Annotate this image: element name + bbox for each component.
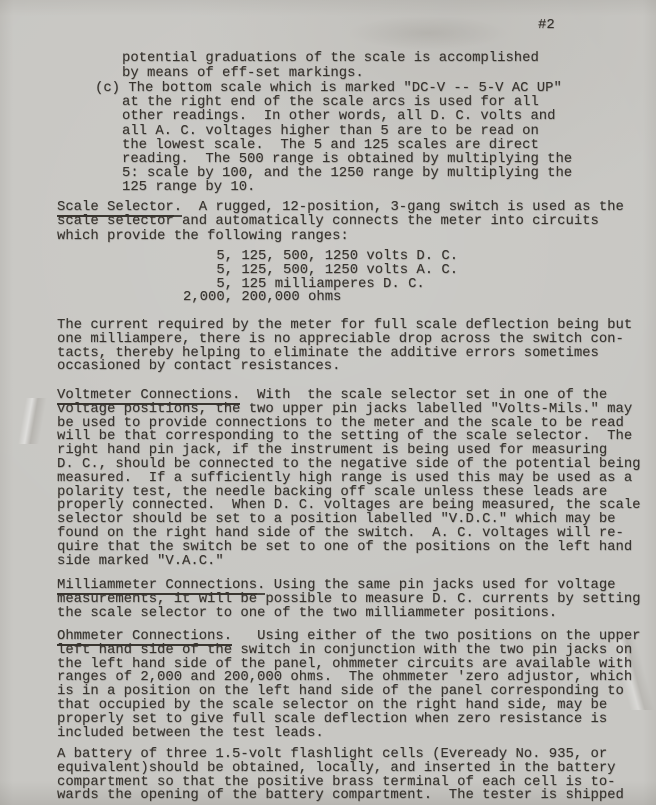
text-line: the scale selector to one of the two mil… <box>57 607 641 621</box>
text-line: wards the opening of the battery compart… <box>57 789 624 803</box>
voltmeter-connections-section: Voltmeter Connections. With the scale se… <box>57 389 641 568</box>
text-segment: potential graduations of the scale is ac… <box>122 50 539 66</box>
text-segment: by means of eff-set markings. <box>122 65 364 81</box>
item-c-paragraph: (c) The bottom scale which is marked "DC… <box>122 81 572 195</box>
text-line: occasioned by contact resistances. <box>57 360 632 374</box>
text-line: 125 range by 10. <box>122 180 572 194</box>
paper-smudge <box>348 16 508 50</box>
current-paragraph: The current required by the meter for fu… <box>57 319 632 374</box>
text-segment: which provide the following ranges: <box>57 228 349 244</box>
text-segment: the scale selector to one of the two mil… <box>57 605 557 621</box>
text-line: potential graduations of the scale is ac… <box>122 51 539 66</box>
milliammeter-connections-section: Milliammeter Connections. Using the same… <box>57 579 641 620</box>
text-line: other readings. In other words, all D. C… <box>122 109 572 123</box>
text-line: scale selector and automatically connect… <box>57 214 624 228</box>
ohmmeter-connections-section: Ohmmeter Connections. Using either of th… <box>57 630 641 740</box>
continued-paragraph: potential graduations of the scale is ac… <box>122 51 539 81</box>
text-line: included between the test leads. <box>57 727 641 741</box>
page-number: #2 <box>538 19 555 33</box>
text-segment: included between the test leads. <box>57 725 324 741</box>
text-line: which provide the following ranges: <box>57 229 624 243</box>
document-page: #2 potential graduations of the scale is… <box>0 0 656 805</box>
text-segment: wards the opening of the battery compart… <box>57 787 624 803</box>
battery-paragraph: A battery of three 1.5-volt flashlight c… <box>57 748 624 803</box>
text-line: the lowest scale. The 5 and 125 scales a… <box>122 138 572 152</box>
scale-selector-section: Scale Selector. A rugged, 12-position, 3… <box>57 200 624 243</box>
ranges-list: 5, 125, 500, 1250 volts D. C. 5, 125, 50… <box>183 250 458 305</box>
text-segment: 125 range by 10. <box>122 179 255 195</box>
text-line: by means of eff-set markings. <box>122 66 539 81</box>
text-line: side marked "V.A.C." <box>57 555 641 569</box>
text-segment: 2,000, 200,000 ohms <box>183 289 341 305</box>
text-line: all A. C. voltages higher than 5 are to … <box>122 124 572 138</box>
text-segment: occasioned by contact resistances. <box>57 358 340 374</box>
text-segment: side marked "V.A.C." <box>57 553 224 569</box>
text-line: 2,000, 200,000 ohms <box>183 291 458 305</box>
